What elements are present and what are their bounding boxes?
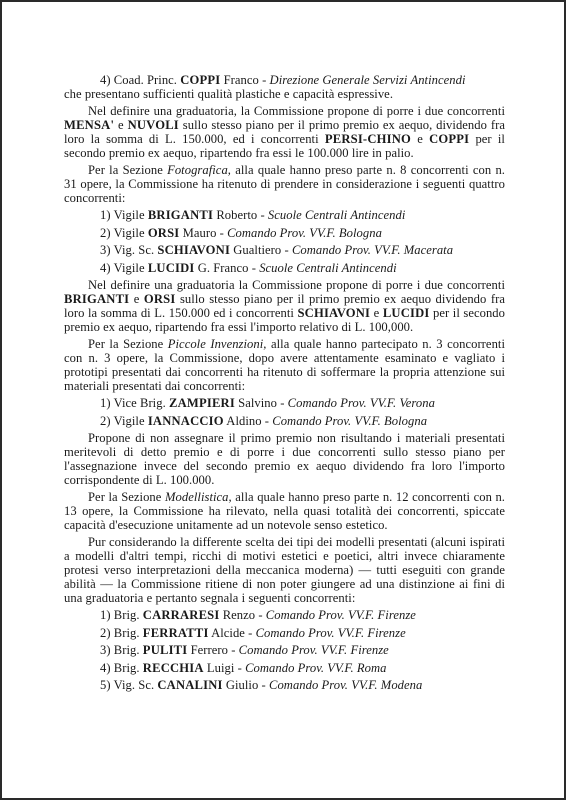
item-office: Comando Prov. VV.F. Bologna — [227, 226, 382, 240]
item-name: Alcide — [211, 626, 245, 640]
item-separator: - — [262, 414, 273, 428]
item-rank: Vice Brig. — [114, 396, 166, 410]
item-separator: - — [216, 226, 227, 240]
item-office: Comando Prov. VV.F. Verona — [288, 396, 435, 410]
item-surname: PULITI — [143, 643, 188, 657]
list-item: 4) Brig. RECCHIA Luigi - Comando Prov. V… — [100, 661, 505, 675]
item-office: Comando Prov. VV.F. Modena — [269, 678, 422, 692]
list-item: 3) Vig. Sc. SCHIAVONI Gualtiero - Comand… — [100, 243, 505, 257]
bold-name: LUCIDI — [383, 306, 430, 320]
list-item: 2) Vigile ORSI Mauro - Comando Prov. VV.… — [100, 226, 505, 240]
paragraph-4: Nel definire una graduatoria la Commissi… — [64, 278, 505, 334]
item-surname: ZAMPIERI — [169, 396, 235, 410]
item-number: 4) — [100, 73, 111, 87]
item-rank: Vig. Sc. — [114, 678, 155, 692]
item-surname: CANALINI — [157, 678, 222, 692]
item-name: Giulio — [226, 678, 259, 692]
document-body: 4) Coad. Princ. COPPI Franco - Direzione… — [64, 73, 505, 696]
text-run: e — [129, 292, 144, 306]
item-separator: - — [277, 396, 288, 410]
intro-list-item: 4) Coad. Princ. COPPI Franco - Direzione… — [64, 73, 505, 87]
item-number: 1) — [100, 208, 111, 222]
paragraph-5: Per la Sezione Piccole Invenzioni, alla … — [64, 337, 505, 393]
text-run: Per la Sezione — [88, 337, 168, 351]
item-surname: SCHIAVONI — [157, 243, 230, 257]
item-surname: CARRARESI — [143, 608, 220, 622]
item-number: 2) — [100, 626, 111, 640]
list-item: 1) Brig. CARRARESI Renzo - Comando Prov.… — [100, 608, 505, 622]
item-office: Comando Prov. VV.F. Roma — [245, 661, 386, 675]
section-name: Modellistica, — [165, 490, 232, 504]
text-run: Nel definire una graduatoria, la Commiss… — [88, 104, 505, 118]
item-name: Luigi — [207, 661, 235, 675]
text-run: Per la Sezione — [88, 163, 167, 177]
item-rank: Brig. — [114, 643, 140, 657]
item-rank: Vigile — [114, 208, 145, 222]
bold-name: BRIGANTI — [64, 292, 129, 306]
paragraph-7: Per la Sezione Modellistica, alla quale … — [64, 490, 505, 532]
item-name: G. Franco — [198, 261, 249, 275]
item-rank: Vigile — [114, 261, 145, 275]
paragraph-3: Per la Sezione Fotografica, alla quale h… — [64, 163, 505, 205]
list-item: 2) Vigile IANNACCIO Aldino - Comando Pro… — [100, 414, 505, 428]
bold-name: SCHIAVONI — [297, 306, 370, 320]
item-surname: LUCIDI — [148, 261, 195, 275]
item-number: 2) — [100, 226, 111, 240]
item-rank: Coad. Princ. — [114, 73, 177, 87]
item-rank: Vigile — [114, 226, 145, 240]
bold-name: COPPI — [429, 132, 469, 146]
item-office: Comando Prov. VV.F. Macerata — [292, 243, 453, 257]
list-item: 3) Brig. PULITI Ferrero - Comando Prov. … — [100, 643, 505, 657]
item-name: Franco — [224, 73, 259, 87]
section-name: Piccole Invenzioni, — [168, 337, 267, 351]
item-name: Mauro — [183, 226, 217, 240]
text-run: e — [411, 132, 429, 146]
bold-name: PERSI-CHINO — [325, 132, 411, 146]
item-surname: RECCHIA — [143, 661, 204, 675]
item-separator: - — [245, 626, 256, 640]
item-name: Renzo — [223, 608, 255, 622]
list-piccole-invenzioni: 1) Vice Brig. ZAMPIERI Salvino - Comando… — [64, 396, 505, 428]
item-rank: Vig. Sc. — [114, 243, 155, 257]
item-office: Direzione Generale Servizi Antincendi — [270, 73, 466, 87]
item-rank: Brig. — [114, 626, 140, 640]
item-name: Aldino — [226, 414, 261, 428]
item-separator: - — [234, 661, 245, 675]
list-item: 5) Vig. Sc. CANALINI Giulio - Comando Pr… — [100, 678, 505, 692]
list-item: 1) Vice Brig. ZAMPIERI Salvino - Comando… — [100, 396, 505, 410]
item-surname: ORSI — [148, 226, 180, 240]
item-number: 2) — [100, 414, 111, 428]
section-name: Fotografica, — [167, 163, 231, 177]
item-name: Salvino — [238, 396, 277, 410]
list-fotografica: 1) Vigile BRIGANTI Roberto - Scuole Cent… — [64, 208, 505, 275]
item-office: Scuole Centrali Antincendi — [259, 261, 396, 275]
item-surname: BRIGANTI — [148, 208, 213, 222]
item-number: 3) — [100, 643, 111, 657]
list-item: 2) Brig. FERRATTI Alcide - Comando Prov.… — [100, 626, 505, 640]
text-run: Nel definire una graduatoria la Commissi… — [88, 278, 505, 292]
item-separator: - — [228, 643, 239, 657]
item-separator: - — [249, 261, 260, 275]
item-rank: Vigile — [114, 414, 145, 428]
paragraph-8: Pur considerando la differente scelta de… — [64, 535, 505, 605]
item-separator: - — [281, 243, 292, 257]
item-number: 1) — [100, 396, 111, 410]
item-number: 4) — [100, 261, 111, 275]
list-item: 1) Vigile BRIGANTI Roberto - Scuole Cent… — [100, 208, 505, 222]
item-surname: FERRATTI — [143, 626, 209, 640]
item-name: Ferrero — [191, 643, 228, 657]
item-office: Comando Prov. VV.F. Firenze — [266, 608, 416, 622]
list-modellistica: 1) Brig. CARRARESI Renzo - Comando Prov.… — [64, 608, 505, 692]
item-name: Gualtiero — [233, 243, 281, 257]
item-rank: Brig. — [114, 608, 140, 622]
item-surname: COPPI — [180, 73, 220, 87]
item-office: Scuole Centrali Antincendi — [268, 208, 405, 222]
item-separator: - — [257, 208, 268, 222]
item-office: Comando Prov. VV.F. Firenze — [239, 643, 389, 657]
text-run: e — [114, 118, 127, 132]
item-number: 5) — [100, 678, 111, 692]
text-run: e — [370, 306, 383, 320]
bold-name: NUVOLI — [128, 118, 179, 132]
item-number: 1) — [100, 608, 111, 622]
item-office: Comando Prov. VV.F. Firenze — [256, 626, 406, 640]
paragraph-6: Propone di non assegnare il primo premio… — [64, 431, 505, 487]
text-run: Per la Sezione — [88, 490, 165, 504]
item-separator: - — [255, 608, 266, 622]
paragraph-2: Nel definire una graduatoria, la Commiss… — [64, 104, 505, 160]
item-separator: - — [259, 73, 270, 87]
item-office: Comando Prov. VV.F. Bologna — [272, 414, 427, 428]
item-surname: IANNACCIO — [148, 414, 224, 428]
item-rank: Brig. — [114, 661, 140, 675]
item-number: 3) — [100, 243, 111, 257]
bold-name: MENSA' — [64, 118, 114, 132]
item-name: Roberto — [216, 208, 257, 222]
item-number: 4) — [100, 661, 111, 675]
item-separator: - — [258, 678, 269, 692]
paragraph-1: che presentano sufficienti qualità plast… — [64, 87, 505, 101]
bold-name: ORSI — [144, 292, 176, 306]
list-item: 4) Vigile LUCIDI G. Franco - Scuole Cent… — [100, 261, 505, 275]
document-page: 4) Coad. Princ. COPPI Franco - Direzione… — [0, 0, 566, 800]
